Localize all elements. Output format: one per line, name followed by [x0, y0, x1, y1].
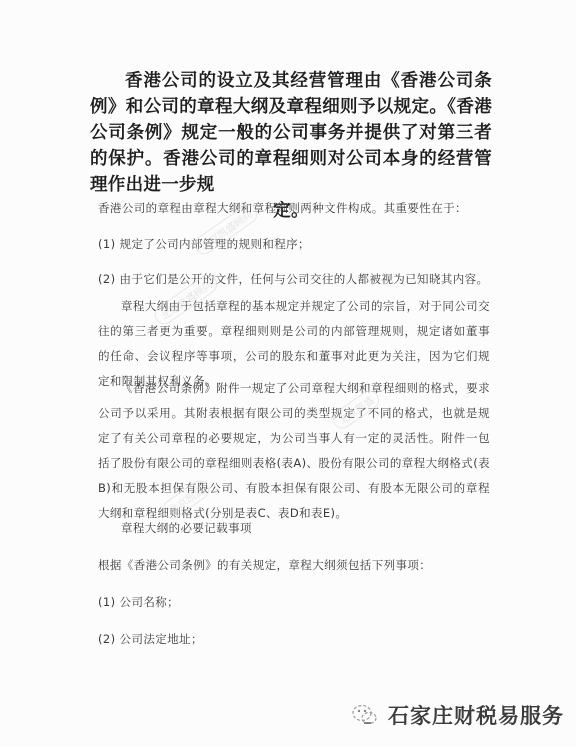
heading-text: 香港公司的设立及其经营管理由《香港公司条例》和公司的章程大纲及章程细则予以规定。…	[90, 71, 492, 195]
paragraph-intro: 香港公司的章程由章程大纲和章程细则两种文件构成。其重要性在于：	[98, 196, 490, 221]
paragraph-req-1: (1) 公司名称；	[98, 590, 490, 615]
paragraph-ordinance: 《香港公司条例》附件一规定了公司章程大纲和章程细则的格式，要求公司予以采用。其附…	[98, 376, 490, 526]
section-heading: 章程大纲的必要记载事项	[98, 516, 490, 541]
paragraph-req-2: (2) 公司法定地址；	[98, 627, 490, 652]
paragraph-item-1: (1) 规定了公司内部管理的规则和程序；	[98, 232, 490, 257]
wechat-icon	[352, 703, 378, 727]
source-watermark: 石家庄财税易服务	[352, 700, 564, 730]
document-page: 香港公司的设立及其经营管理由《香港公司条例》和公司的章程大纲及章程细则予以规定。…	[0, 0, 576, 746]
watermark-text: 石家庄财税易服务	[388, 700, 564, 730]
paragraph-requirements: 根据《香港公司条例》的有关规定，章程大纲须包括下列事项：	[98, 553, 490, 578]
paragraph-item-2: (2) 由于它们是公开的文件，任何与公司交往的人都被视为已知晓其内容。	[98, 267, 490, 292]
